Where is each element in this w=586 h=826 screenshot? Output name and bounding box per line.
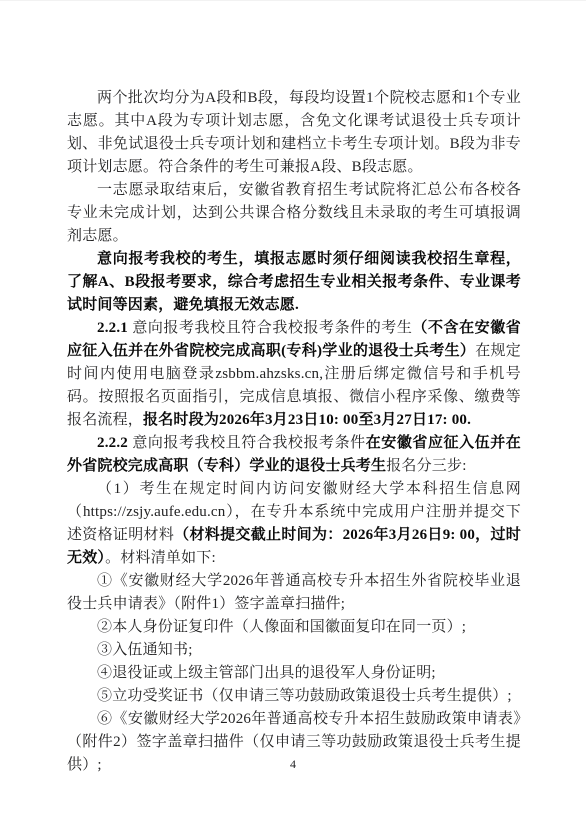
paragraph-4: 2.2.1 意向报考我校且符合我校报考条件的考生（不含在安徽省应征入伍并在外省院… <box>67 317 521 432</box>
paragraph-2: 一志愿录取结束后，安徽省教育招生考试院将汇总公布各校各专业未完成计划，达到公共课… <box>67 179 521 248</box>
text-run: 意向报考我校且符合我校报考条件的考生 <box>132 320 412 336</box>
paragraph-7: ①《安徽财经大学2026年普通高校专升本招生外省院校毕业退役士兵申请表》（附件1… <box>67 570 521 616</box>
paragraph-9: ③入伍通知书; <box>67 639 521 662</box>
bold-text-run: 2.2.1 <box>97 320 132 336</box>
bold-text-run: 2.2.2 <box>97 435 132 451</box>
text-run: ⑤立功受奖证书（仅申请三等功鼓励政策退役士兵考生提供）; <box>97 688 512 704</box>
paragraph-5: 2.2.2 意向报考我校且符合我校报考条件在安徽省应征入伍并在外省院校完成高职（… <box>67 432 521 478</box>
text-run: ②本人身份证复印件（人像面和国徽面复印在同一页）; <box>97 619 466 635</box>
paragraph-1: 两个批次均分为A段和B段，每段均设置1个院校志愿和1个专业志愿。其中A段为专项计… <box>67 87 521 179</box>
bold-text-run: 意向报考我校的考生，填报志愿时须仔细阅读我校招生章程，了解A、B段报考要求，综合… <box>67 251 521 313</box>
text-run: ①《安徽财经大学2026年普通高校专升本招生外省院校毕业退役士兵申请表》（附件1… <box>67 573 521 612</box>
text-run: 两个批次均分为A段和B段，每段均设置1个院校志愿和1个专业志愿。其中A段为专项计… <box>67 90 521 175</box>
text-run: 报名分三步: <box>386 458 466 474</box>
text-run: 一志愿录取结束后，安徽省教育招生考试院将汇总公布各校各专业未完成计划，达到公共课… <box>67 182 521 244</box>
document-body: 两个批次均分为A段和B段，每段均设置1个院校志愿和1个专业志愿。其中A段为专项计… <box>67 87 521 777</box>
text-run: ④退役证或上级主管部门出具的退役军人身份证明; <box>97 665 436 681</box>
text-run: ③入伍通知书; <box>97 642 193 658</box>
text-run: 意向报考我校且符合我校报考条件 <box>132 435 365 451</box>
paragraph-6: （1）考生在规定时间内访问安徽财经大学本科招生信息网（https://zsjy.… <box>67 478 521 570</box>
document-page: 两个批次均分为A段和B段，每段均设置1个院校志愿和1个专业志愿。其中A段为专项计… <box>0 0 586 826</box>
paragraph-10: ④退役证或上级主管部门出具的退役军人身份证明; <box>67 662 521 685</box>
page-number: 4 <box>0 757 586 771</box>
paragraph-11: ⑤立功受奖证书（仅申请三等功鼓励政策退役士兵考生提供）; <box>67 685 521 708</box>
paragraph-8: ②本人身份证复印件（人像面和国徽面复印在同一页）; <box>67 616 521 639</box>
text-run: 。材料清单如下: <box>105 550 216 566</box>
bold-text-run: 报名时段为2026年3月23日10: 00至3月27日17: 00. <box>143 412 471 428</box>
paragraph-3: 意向报考我校的考生，填报志愿时须仔细阅读我校招生章程，了解A、B段报考要求，综合… <box>67 248 521 317</box>
